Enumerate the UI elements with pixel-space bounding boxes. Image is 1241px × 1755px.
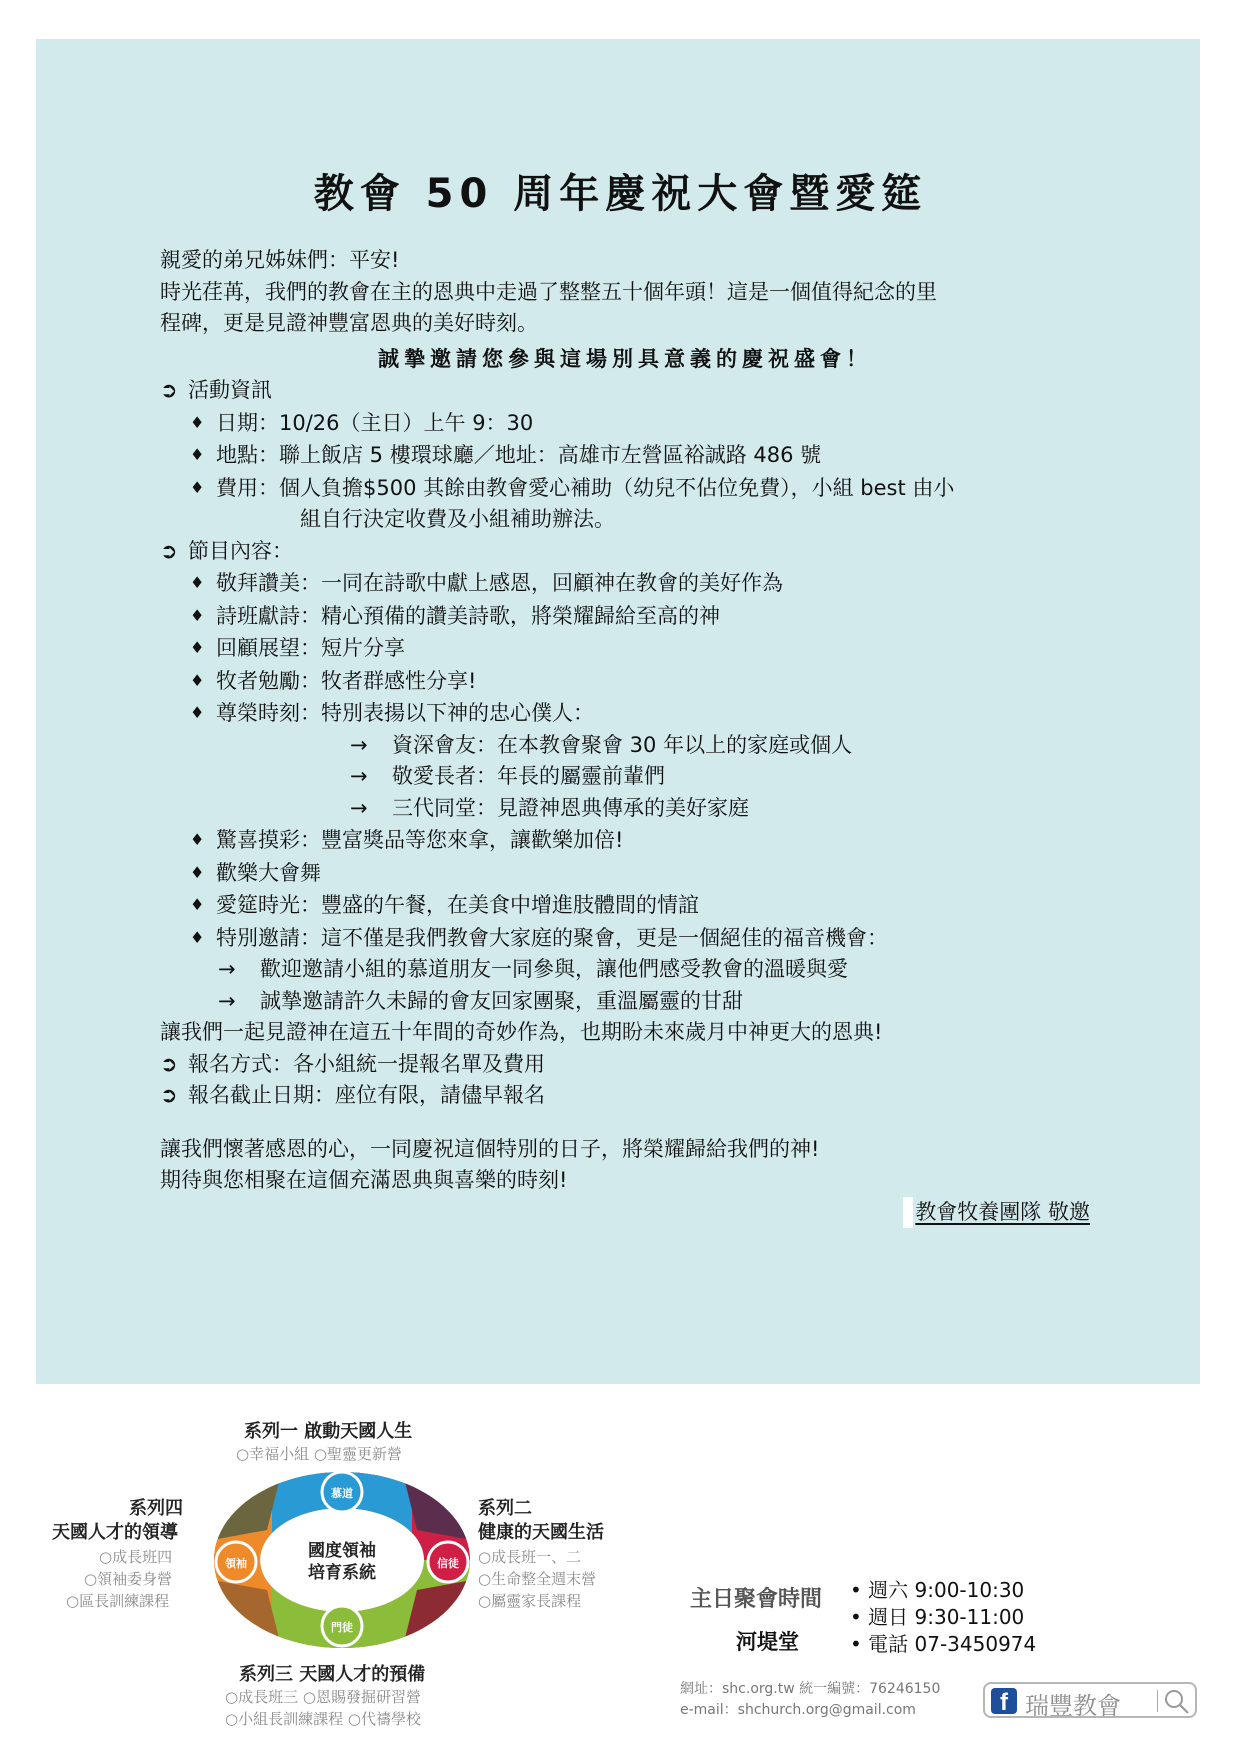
program-item: ♦詩班獻詩：精心預備的讚美詩歌，將榮耀歸給至高的神 [160, 600, 1090, 633]
series1-title: 系列一 啟動天國人生 [244, 1417, 412, 1443]
intro-line-2: 程碑，更是見證神豐富恩典的美好時刻。 [160, 308, 1090, 340]
series3-item: ○成長班三 ○恩賜發掘研習營 [225, 1686, 421, 1707]
section-program: ➲節目內容： [160, 536, 1090, 568]
series2-title-1: 系列二 [478, 1494, 532, 1520]
registration-deadline: ➲報名截止日期：座位有限，請儘早報名 [160, 1080, 1090, 1112]
honor-subitem: →資深會友：在本教會聚會 30 年以上的家庭或個人 [160, 730, 1090, 762]
arrow-circle-icon: ➲ [160, 536, 188, 568]
leadership-cycle-diagram: 慕道 信徒 門徒 領袖 國度領袖 培育系統 [212, 1470, 472, 1650]
contact-info: 網址：shc.org.tw 統一編號：76246150 e-mail：shchu… [680, 1679, 940, 1721]
series2-item: ○成長班一、二 [478, 1546, 581, 1567]
program-item: ♦牧者勉勵：牧者群感性分享! [160, 665, 1090, 698]
series1-items: ○幸福小組 ○聖靈更新營 [236, 1443, 402, 1464]
arrow-right-icon: → [350, 730, 392, 762]
series4-item: ○區長訓練課程 [66, 1590, 169, 1611]
honor-subitem: →三代同堂：見證神恩典傳承的美好家庭 [160, 793, 1090, 825]
program-item: ♦回顧展望：短片分享 [160, 632, 1090, 665]
program-item: ♦歡樂大會舞 [160, 857, 1090, 890]
arrow-circle-icon: ➲ [160, 375, 188, 407]
program-item: ♦尊榮時刻：特別表揚以下神的忠心僕人： [160, 697, 1090, 730]
search-icon[interactable] [1163, 1688, 1191, 1716]
program-item: ♦愛筵時光：豐盛的午餐，在美食中增進肢體間的情誼 [160, 889, 1090, 922]
greeting: 親愛的弟兄姊妹們：平安! [160, 245, 1090, 277]
series2-title-2: 健康的天國生活 [478, 1518, 604, 1544]
invite-subitem: →誠摯邀請許久未歸的會友回家團聚，重溫屬靈的甘甜 [160, 986, 1090, 1018]
website-and-tax-id: 網址：shc.org.tw 統一編號：76246150 [680, 1679, 940, 1700]
section-event-info: ➲活動資訊 [160, 375, 1090, 407]
arrow-right-icon: → [218, 954, 260, 986]
diamond-bullet-icon: ♦ [190, 922, 216, 954]
diamond-bullet-icon: ♦ [190, 697, 216, 729]
closing-line-1: 讓我們懷著感恩的心，一同慶祝這個特別的日子，將榮耀歸給我們的神! [160, 1134, 1090, 1166]
series3-title: 系列三 天國人才的預備 [239, 1660, 425, 1686]
diamond-bullet-icon: ♦ [190, 889, 216, 921]
arrow-right-icon: → [350, 793, 392, 825]
arrow-right-icon: → [350, 761, 392, 793]
svg-text:信徒: 信徒 [437, 1556, 459, 1570]
event-fee: ♦費用：個人負擔$500 其餘由教會愛心補助（幼兒不佔位免費），小組 best … [160, 472, 1090, 505]
signature: 教會牧養團隊 敬邀 [903, 1197, 1090, 1229]
page-title: 教會 50 周年慶祝大會暨愛筵 [0, 162, 1241, 219]
series3-item: ○小組長訓練課程 ○代禱學校 [225, 1708, 421, 1729]
cycle-ring-icon: 慕道 信徒 門徒 領袖 國度領袖 培育系統 [212, 1470, 472, 1650]
diamond-bullet-icon: ♦ [190, 472, 216, 504]
svg-text:領袖: 領袖 [225, 1556, 247, 1570]
program-item: ♦特別邀請：這不僅是我們教會大家庭的聚會，更是一個絕佳的福音機會： [160, 922, 1090, 955]
facebook-search-box[interactable]: f 瑞豐教會 [983, 1682, 1197, 1718]
diamond-bullet-icon: ♦ [190, 439, 216, 471]
email: e-mail：shchurch.org@gmail.com [680, 1700, 940, 1721]
branch-name: 河堤堂 [736, 1626, 799, 1656]
program-item: ♦敬拜讚美：一同在詩歌中獻上感恩，回顧神在教會的美好作為 [160, 567, 1090, 600]
diamond-bullet-icon: ♦ [190, 567, 216, 599]
divider [1157, 1690, 1158, 1712]
svg-text:門徒: 門徒 [331, 1620, 353, 1634]
phone-number: • 電話 07-3450974 [850, 1631, 1036, 1658]
witness-line: 讓我們一起見證神在這五十年間的奇妙作為，也期盼未來歲月中神更大的恩典! [160, 1017, 1090, 1049]
series4-title-1: 系列四 [129, 1494, 183, 1520]
svg-text:慕道: 慕道 [331, 1486, 353, 1500]
registration-method: ➲報名方式：各小組統一提報名單及費用 [160, 1049, 1090, 1081]
arrow-right-icon: → [218, 986, 260, 1018]
svg-text:國度領袖: 國度領袖 [308, 1540, 376, 1561]
event-date: ♦日期：10/26（主日）上午 9：30 [160, 407, 1090, 440]
svg-text:培育系統: 培育系統 [308, 1562, 376, 1583]
honor-subitem: →敬愛長者：年長的屬靈前輩們 [160, 761, 1090, 793]
invite-subitem: →歡迎邀請小組的慕道朋友一同參與，讓他們感受教會的溫暖與愛 [160, 954, 1090, 986]
diamond-bullet-icon: ♦ [190, 600, 216, 632]
worship-times: • 週六 9:00-10:30 • 週日 9:30-11:00 • 電話 07-… [850, 1577, 1036, 1658]
invitation-body: 親愛的弟兄姊妹們：平安! 時光荏苒，我們的教會在主的恩典中走過了整整五十個年頭！… [160, 245, 1090, 1228]
series2-item: ○生命整全週末營 [478, 1568, 596, 1589]
facebook-page-name: 瑞豐教會 [1025, 1686, 1121, 1721]
series4-item: ○成長班四 [99, 1546, 172, 1567]
closing-line-2: 期待與您相聚在這個充滿恩典與喜樂的時刻! [160, 1165, 1090, 1197]
signature-row: 教會牧養團隊 敬邀 [160, 1197, 1090, 1229]
arrow-circle-icon: ➲ [160, 1080, 188, 1112]
series4-item: ○領袖委身營 [84, 1568, 172, 1589]
facebook-icon: f [991, 1688, 1017, 1714]
arrow-circle-icon: ➲ [160, 1049, 188, 1081]
diamond-bullet-icon: ♦ [190, 665, 216, 697]
diamond-bullet-icon: ♦ [190, 824, 216, 856]
diamond-bullet-icon: ♦ [190, 632, 216, 664]
intro-line-1: 時光荏苒，我們的教會在主的恩典中走過了整整五十個年頭！這是一個值得紀念的里 [160, 277, 1090, 309]
diamond-bullet-icon: ♦ [190, 857, 216, 889]
time-saturday: • 週六 9:00-10:30 [850, 1577, 1036, 1604]
series4-title-2: 天國人才的領導 [52, 1518, 178, 1544]
time-sunday: • 週日 9:30-11:00 [850, 1604, 1036, 1631]
diamond-bullet-icon: ♦ [190, 407, 216, 439]
event-fee-continuation: 組自行決定收費及小組補助辦法。 [160, 504, 1090, 536]
event-location: ♦地點：聯上飯店 5 樓環球廳／地址：高雄市左營區裕誠路 486 號 [160, 439, 1090, 472]
program-item: ♦驚喜摸彩：豐富獎品等您來拿，讓歡樂加倍! [160, 824, 1090, 857]
worship-time-title: 主日聚會時間 [690, 1582, 822, 1613]
invite-heading: 誠摯邀請您參與這場別具意義的慶祝盛會！ [160, 344, 1090, 376]
series2-item: ○屬靈家長課程 [478, 1590, 581, 1611]
